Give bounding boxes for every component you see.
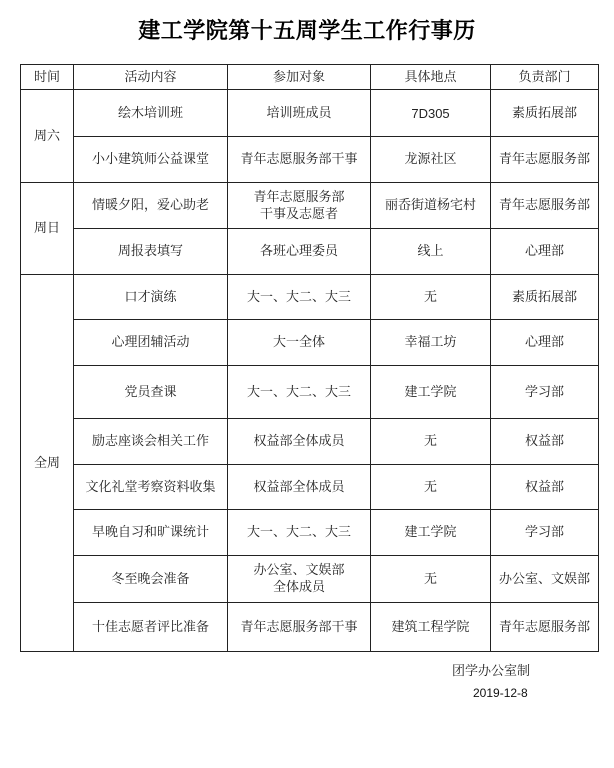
department-cell: 青年志愿服务部 bbox=[491, 183, 599, 229]
footer-date: 2019-12-8 bbox=[473, 686, 528, 700]
participants-cell: 权益部全体成员 bbox=[228, 465, 371, 510]
time-cell: 周六 bbox=[21, 90, 74, 183]
time-cell: 周日 bbox=[21, 183, 74, 275]
department-cell: 办公室、文娱部 bbox=[491, 556, 599, 603]
activity-cell: 心理团辅活动 bbox=[74, 320, 228, 366]
participants-cell: 权益部全体成员 bbox=[228, 419, 371, 465]
activity-cell: 文化礼堂考察资料收集 bbox=[74, 465, 228, 510]
location-cell: 龙源社区 bbox=[371, 137, 491, 183]
participants-cell: 青年志愿服务部干事 bbox=[228, 137, 371, 183]
activity-cell: 小小建筑师公益课堂 bbox=[74, 137, 228, 183]
location-cell: 建工学院 bbox=[371, 510, 491, 556]
activity-cell: 励志座谈会相关工作 bbox=[74, 419, 228, 465]
department-cell: 权益部 bbox=[491, 465, 599, 510]
table-row: 早晚自习和旷课统计 大一、大二、大三 建工学院 学习部 bbox=[21, 510, 599, 556]
department-cell: 学习部 bbox=[491, 510, 599, 556]
header-time: 时间 bbox=[21, 65, 74, 90]
activity-cell: 早晚自习和旷课统计 bbox=[74, 510, 228, 556]
department-cell: 素质拓展部 bbox=[491, 275, 599, 320]
header-department: 负责部门 bbox=[491, 65, 599, 90]
schedule-table: 时间 活动内容 参加对象 具体地点 负责部门 周六 绘木培训班 培训班成员 7D… bbox=[20, 64, 599, 652]
location-cell: 无 bbox=[371, 556, 491, 603]
participants-cell: 办公室、文娱部 全体成员 bbox=[228, 556, 371, 603]
activity-cell: 十佳志愿者评比准备 bbox=[74, 603, 228, 652]
location-cell: 无 bbox=[371, 465, 491, 510]
table-row: 冬至晚会准备 办公室、文娱部 全体成员 无 办公室、文娱部 bbox=[21, 556, 599, 603]
participants-line: 干事及志愿者 bbox=[230, 206, 368, 223]
time-cell: 全周 bbox=[21, 275, 74, 652]
participants-cell: 大一、大二、大三 bbox=[228, 366, 371, 419]
activity-cell: 周报表填写 bbox=[74, 229, 228, 275]
header-activity: 活动内容 bbox=[74, 65, 228, 90]
participants-line: 办公室、文娱部 bbox=[230, 562, 368, 579]
location-cell: 无 bbox=[371, 275, 491, 320]
location-cell: 7D305 bbox=[371, 90, 491, 137]
header-location: 具体地点 bbox=[371, 65, 491, 90]
participants-cell: 青年志愿服务部 干事及志愿者 bbox=[228, 183, 371, 229]
table-row: 小小建筑师公益课堂 青年志愿服务部干事 龙源社区 青年志愿服务部 bbox=[21, 137, 599, 183]
participants-cell: 青年志愿服务部干事 bbox=[228, 603, 371, 652]
department-cell: 学习部 bbox=[491, 366, 599, 419]
location-cell: 建筑工程学院 bbox=[371, 603, 491, 652]
department-cell: 权益部 bbox=[491, 419, 599, 465]
department-cell: 青年志愿服务部 bbox=[491, 603, 599, 652]
table-row: 党员查课 大一、大二、大三 建工学院 学习部 bbox=[21, 366, 599, 419]
activity-cell: 绘木培训班 bbox=[74, 90, 228, 137]
table-row: 全周 口才演练 大一、大二、大三 无 素质拓展部 bbox=[21, 275, 599, 320]
activity-cell: 党员查课 bbox=[74, 366, 228, 419]
table-row: 励志座谈会相关工作 权益部全体成员 无 权益部 bbox=[21, 419, 599, 465]
header-participants: 参加对象 bbox=[228, 65, 371, 90]
activity-cell: 情暖夕阳，爱心助老 bbox=[74, 183, 228, 229]
location-cell: 幸福工坊 bbox=[371, 320, 491, 366]
table-row: 周日 情暖夕阳，爱心助老 青年志愿服务部 干事及志愿者 丽岙街道杨宅村 青年志愿… bbox=[21, 183, 599, 229]
table-row: 周六 绘木培训班 培训班成员 7D305 素质拓展部 bbox=[21, 90, 599, 137]
department-cell: 心理部 bbox=[491, 229, 599, 275]
department-cell: 心理部 bbox=[491, 320, 599, 366]
table-row: 十佳志愿者评比准备 青年志愿服务部干事 建筑工程学院 青年志愿服务部 bbox=[21, 603, 599, 652]
table-row: 心理团辅活动 大一全体 幸福工坊 心理部 bbox=[21, 320, 599, 366]
location-cell: 丽岙街道杨宅村 bbox=[371, 183, 491, 229]
location-cell: 无 bbox=[371, 419, 491, 465]
participants-cell: 大一、大二、大三 bbox=[228, 275, 371, 320]
table-row: 周报表填写 各班心理委员 线上 心理部 bbox=[21, 229, 599, 275]
page-title: 建工学院第十五周学生工作行事历 bbox=[0, 14, 614, 45]
activity-cell: 口才演练 bbox=[74, 275, 228, 320]
location-cell: 建工学院 bbox=[371, 366, 491, 419]
activity-cell: 冬至晚会准备 bbox=[74, 556, 228, 603]
location-cell: 线上 bbox=[371, 229, 491, 275]
participants-line: 青年志愿服务部 bbox=[230, 189, 368, 206]
department-cell: 素质拓展部 bbox=[491, 90, 599, 137]
table-header-row: 时间 活动内容 参加对象 具体地点 负责部门 bbox=[21, 65, 599, 90]
participants-line: 全体成员 bbox=[230, 579, 368, 596]
participants-cell: 大一、大二、大三 bbox=[228, 510, 371, 556]
participants-cell: 大一全体 bbox=[228, 320, 371, 366]
participants-cell: 培训班成员 bbox=[228, 90, 371, 137]
department-cell: 青年志愿服务部 bbox=[491, 137, 599, 183]
participants-cell: 各班心理委员 bbox=[228, 229, 371, 275]
footer-organization: 团学办公室制 bbox=[452, 660, 530, 679]
table-row: 文化礼堂考察资料收集 权益部全体成员 无 权益部 bbox=[21, 465, 599, 510]
